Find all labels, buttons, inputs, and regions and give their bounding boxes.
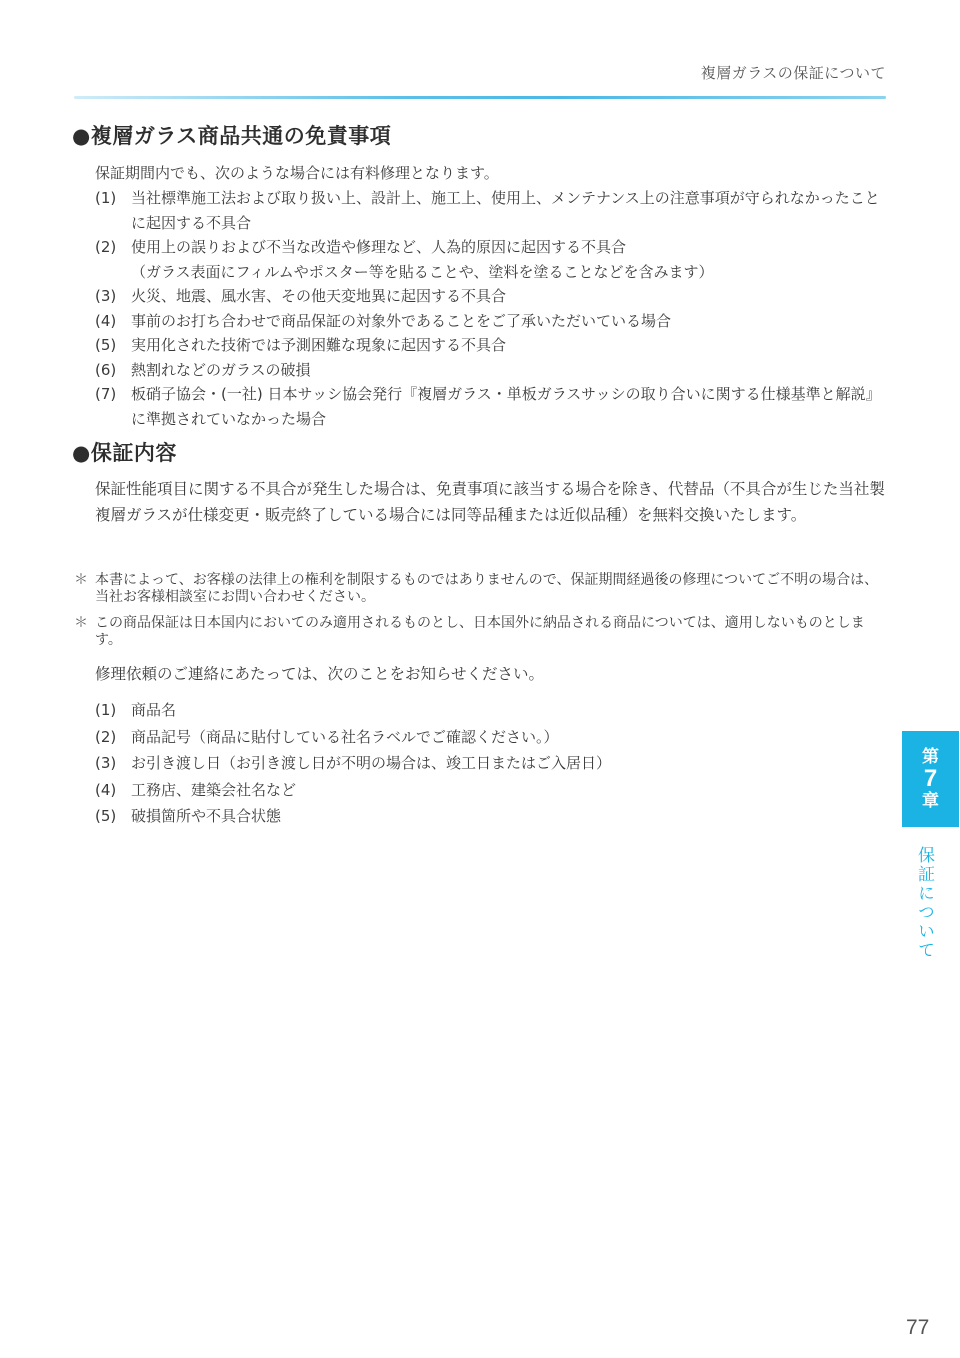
- coverage-body: 保証性能項目に関する不具合が発生した場合は、免責事項に該当する場合を除き、代替品…: [95, 476, 890, 528]
- section-heading-exemptions: ●複層ガラス商品共通の免責事項: [72, 120, 391, 150]
- bullet-icon: ●: [72, 124, 91, 148]
- item-number: (6): [95, 358, 131, 383]
- repair-request-intro: 修理依頼のご連絡にあたっては、次のことをお知らせください。: [95, 661, 890, 687]
- list-item: (1)当社標準施工法および取り扱い上、設計上、施工上、使用上、メンテナンス上の注…: [95, 186, 890, 235]
- chapter-title: 保証について: [917, 846, 937, 960]
- list-item: (2)商品記号（商品に貼付している社名ラベルでご確認ください。）: [95, 724, 890, 751]
- list-item: (6)熱割れなどのガラスの破損: [95, 358, 890, 383]
- heading-text: 複層ガラス商品共通の免責事項: [91, 124, 391, 148]
- repair-request-list: (1)商品名 (2)商品記号（商品に貼付している社名ラベルでご確認ください。） …: [95, 697, 890, 830]
- list-item: (3)お引き渡し日（お引き渡し日が不明の場合は、竣工日またはご入居日）: [95, 750, 890, 777]
- chapter-suffix: 章: [922, 790, 939, 812]
- item-text: 熱割れなどのガラスの破損: [131, 358, 890, 383]
- asterisk-icon: ＊: [74, 572, 95, 606]
- item-text: 火災、地震、風水害、その他天変地異に起因する不具合: [131, 284, 890, 309]
- list-item: （ガラス表面にフィルムやポスター等を貼ることや、塗料を塗ることなどを含みます）: [95, 260, 890, 285]
- exemptions-list: (1)当社標準施工法および取り扱い上、設計上、施工上、使用上、メンテナンス上の注…: [95, 186, 890, 431]
- exemptions-intro: 保証期間内でも、次のような場合には有料修理となります。: [95, 161, 890, 186]
- asterisk-icon: ＊: [74, 615, 95, 649]
- list-item: (1)商品名: [95, 697, 890, 724]
- section-heading-coverage: ●保証内容: [72, 437, 177, 467]
- item-text: 板硝子協会・(一社) 日本サッシ協会発行『複層ガラス・単板ガラスサッシの取り合い…: [131, 382, 890, 431]
- item-number: (1): [95, 697, 131, 724]
- list-item: (2)使用上の誤りおよび不当な改造や修理など、人為的原因に起因する不具合: [95, 235, 890, 260]
- bullet-icon: ●: [72, 441, 91, 465]
- item-text: （ガラス表面にフィルムやポスター等を貼ることや、塗料を塗ることなどを含みます）: [131, 260, 890, 285]
- page-number: 77: [906, 1316, 929, 1340]
- note-text: この商品保証は日本国内においてのみ適用されるものとし、日本国外に納品される商品に…: [95, 615, 890, 649]
- list-item: (3)火災、地震、風水害、その他天変地異に起因する不具合: [95, 284, 890, 309]
- note: ＊ 本書によって、お客様の法律上の権利を制限するものではありませんので、保証期間…: [74, 572, 890, 606]
- note-text: 本書によって、お客様の法律上の権利を制限するものではありませんので、保証期間経過…: [95, 572, 890, 606]
- chapter-tab[interactable]: 第 7 章: [902, 731, 959, 827]
- item-number: (2): [95, 235, 131, 260]
- item-number: [95, 260, 131, 285]
- list-item: (4)事前のお打ち合わせで商品保証の対象外であることをご了承いただいている場合: [95, 309, 890, 334]
- item-text: 当社標準施工法および取り扱い上、設計上、施工上、使用上、メンテナンス上の注意事項…: [131, 186, 890, 235]
- item-number: (5): [95, 333, 131, 358]
- header-rule: [74, 96, 886, 99]
- list-item: (5)実用化された技術では予測困難な現象に起因する不具合: [95, 333, 890, 358]
- note: ＊ この商品保証は日本国内においてのみ適用されるものとし、日本国外に納品される商…: [74, 615, 890, 649]
- item-number: (5): [95, 803, 131, 830]
- list-item: (4)工務店、建築会社名など: [95, 777, 890, 804]
- heading-text: 保証内容: [91, 441, 177, 465]
- item-number: (7): [95, 382, 131, 431]
- item-text: 破損箇所や不具合状態: [131, 803, 890, 830]
- item-text: 商品記号（商品に貼付している社名ラベルでご確認ください。）: [131, 724, 890, 751]
- list-item: (5)破損箇所や不具合状態: [95, 803, 890, 830]
- item-number: (3): [95, 750, 131, 777]
- item-number: (2): [95, 724, 131, 751]
- item-text: お引き渡し日（お引き渡し日が不明の場合は、竣工日またはご入居日）: [131, 750, 890, 777]
- item-number: (4): [95, 777, 131, 804]
- item-text: 工務店、建築会社名など: [131, 777, 890, 804]
- item-number: (4): [95, 309, 131, 334]
- item-text: 実用化された技術では予測困難な現象に起因する不具合: [131, 333, 890, 358]
- item-text: 事前のお打ち合わせで商品保証の対象外であることをご了承いただいている場合: [131, 309, 890, 334]
- item-text: 商品名: [131, 697, 890, 724]
- item-text: 使用上の誤りおよび不当な改造や修理など、人為的原因に起因する不具合: [131, 235, 890, 260]
- item-number: (3): [95, 284, 131, 309]
- item-number: (1): [95, 186, 131, 235]
- running-head: 複層ガラスの保証について: [701, 62, 886, 83]
- chapter-number: 7: [924, 768, 937, 790]
- list-item: (7)板硝子協会・(一社) 日本サッシ協会発行『複層ガラス・単板ガラスサッシの取…: [95, 382, 890, 431]
